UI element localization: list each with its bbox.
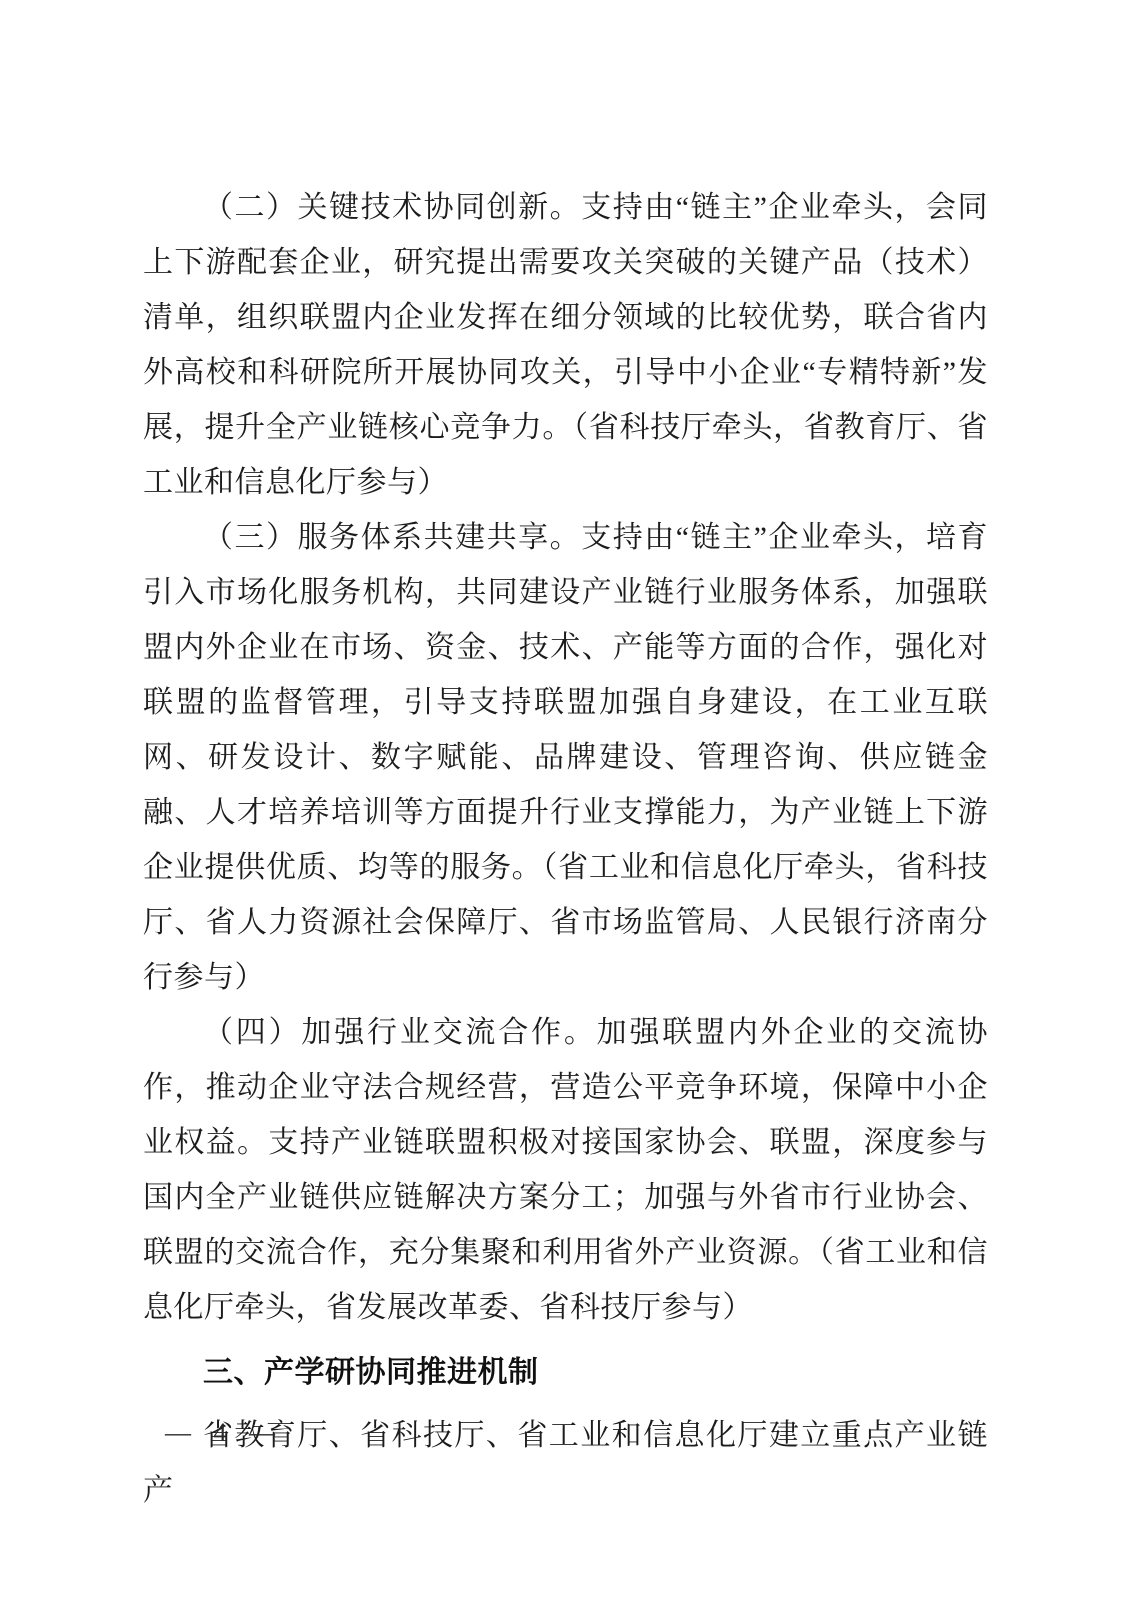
paragraph-item-3-lead: （三）服务体系共建共享。: [203, 521, 581, 554]
paragraph-item-2-lead: （二）关键技术协同创新。: [203, 191, 581, 224]
section-heading: 三、产学研协同推进机制: [143, 1345, 988, 1400]
paragraph-item-4: （四）加强行业交流合作。加强联盟内外企业的交流协作，推动企业守法合规经营，营造公…: [143, 1005, 988, 1335]
paragraph-item-2-body: 支持由“链主”企业牵头，会同上下游配套企业，研究提出需要攻关突破的关键产品（技术…: [143, 191, 988, 499]
paragraph-item-2: （二）关键技术协同创新。支持由“链主”企业牵头，会同上下游配套企业，研究提出需要…: [143, 180, 988, 510]
paragraph-item-3-body: 支持由“链主”企业牵头，培育引入市场化服务机构，共同建设产业链行业服务体系，加强…: [143, 521, 988, 994]
page-number: — 4 —: [165, 1418, 283, 1448]
document-page: （二）关键技术协同创新。支持由“链主”企业牵头，会同上下游配套企业，研究提出需要…: [0, 0, 1131, 1600]
paragraph-item-4-lead: （四）加强行业交流合作。: [203, 1016, 597, 1049]
document-body: （二）关键技术协同创新。支持由“链主”企业牵头，会同上下游配套企业，研究提出需要…: [143, 180, 988, 1518]
paragraph-item-3: （三）服务体系共建共享。支持由“链主”企业牵头，培育引入市场化服务机构，共同建设…: [143, 510, 988, 1005]
paragraph-item-4-body: 加强联盟内外企业的交流协作，推动企业守法合规经营，营造公平竞争环境，保障中小企业…: [143, 1016, 988, 1324]
